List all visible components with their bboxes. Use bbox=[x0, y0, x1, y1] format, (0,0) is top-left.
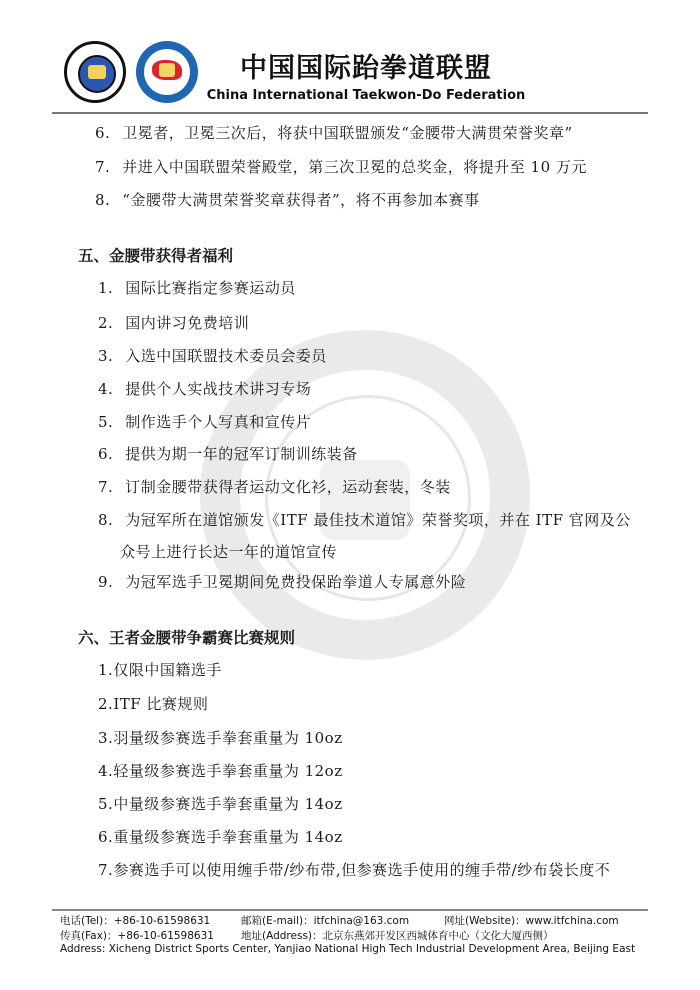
item-number: 7. bbox=[98, 861, 113, 879]
list-item: 6. 提供为期一年的冠军订制训练装备 bbox=[98, 443, 358, 464]
list-item: 3. 入选中国联盟技术委员会委员 bbox=[98, 345, 327, 366]
item-number: 7. bbox=[98, 478, 120, 496]
item-text: 羽量级参赛选手拳套重量为 10oz bbox=[113, 729, 342, 747]
section-heading: 六、王者金腰带争霸赛比赛规则 bbox=[78, 626, 295, 648]
list-item: 9. 为冠军选手卫冕期间免费投保跆拳道人专属意外险 bbox=[98, 571, 466, 592]
header-divider bbox=[52, 112, 648, 114]
item-number: 1. bbox=[98, 661, 113, 679]
item-number: 2. bbox=[98, 314, 120, 332]
footer-website: 网址(Website)：www.itfchina.com bbox=[444, 913, 619, 928]
footer-address-cn: 地址(Address)：北京东燕郊开发区西城体育中心（文化大厦西侧） bbox=[241, 928, 554, 943]
list-item-continuation: 众号上进行长达一年的道馆宣传 bbox=[120, 541, 337, 562]
item-text: 中量级参赛选手拳套重量为 14oz bbox=[113, 795, 342, 813]
item-number: 8. bbox=[95, 191, 117, 209]
list-item: 8. “金腰带大满贯荣誉奖章获得者”，将不再参加本赛事 bbox=[95, 189, 480, 210]
list-item: 5.中量级参赛选手拳套重量为 14oz bbox=[98, 793, 343, 814]
list-item: 1.仅限中国籍选手 bbox=[98, 659, 222, 680]
section-heading: 五、金腰带获得者福利 bbox=[78, 244, 233, 266]
item-number: 8. bbox=[98, 511, 120, 529]
item-text: “金腰带大满贯荣誉奖章获得者”，将不再参加本赛事 bbox=[122, 191, 479, 209]
item-text: 卫冕者，卫冕三次后，将获中国联盟颁发“金腰带大满贯荣誉奖章” bbox=[122, 124, 572, 142]
item-number: 9. bbox=[98, 573, 120, 591]
item-number: 6. bbox=[98, 828, 113, 846]
list-item: 3.羽量级参赛选手拳套重量为 10oz bbox=[98, 727, 343, 748]
item-text: 提供个人实战技术讲习专场 bbox=[125, 380, 311, 398]
footer-divider bbox=[52, 909, 648, 911]
item-text: 提供为期一年的冠军订制训练装备 bbox=[125, 445, 358, 463]
item-number: 6. bbox=[98, 445, 120, 463]
item-number: 4. bbox=[98, 380, 120, 398]
item-number: 4. bbox=[98, 762, 113, 780]
letterhead: 中国国际跆拳道联盟 China International Taekwon-Do… bbox=[0, 0, 700, 112]
china-federation-logo-icon bbox=[136, 41, 198, 103]
item-text: 国际比赛指定参赛运动员 bbox=[125, 279, 296, 297]
list-item: 2. 国内讲习免费培训 bbox=[98, 312, 249, 333]
item-number: 7. bbox=[95, 158, 117, 176]
list-item: 4. 提供个人实战技术讲习专场 bbox=[98, 378, 311, 399]
item-text: 轻量级参赛选手拳套重量为 12oz bbox=[113, 762, 342, 780]
footer-address-en: Address: Xicheng District Sports Center,… bbox=[60, 943, 635, 955]
list-item: 5. 制作选手个人写真和宣传片 bbox=[98, 411, 311, 432]
footer-tel: 电话(Tel)：+86-10-61598631 bbox=[60, 913, 210, 928]
list-item: 8. 为冠军所在道馆颁发《ITF 最佳技术道馆》荣誉奖项，并在 ITF 官网及公 bbox=[98, 509, 631, 530]
list-item: 2.ITF 比赛规则 bbox=[98, 693, 208, 714]
item-text: 制作选手个人写真和宣传片 bbox=[125, 413, 311, 431]
item-number: 1. bbox=[98, 279, 120, 297]
item-text: 国内讲习免费培训 bbox=[125, 314, 249, 332]
item-number: 5. bbox=[98, 795, 113, 813]
item-text: 仅限中国籍选手 bbox=[113, 661, 222, 679]
item-number: 3. bbox=[98, 729, 113, 747]
footer-email: 邮箱(E-mail)：itfchina@163.com bbox=[241, 913, 409, 928]
item-text: 订制金腰带获得者运动文化衫，运动套装，冬装 bbox=[125, 478, 451, 496]
fist-icon bbox=[159, 63, 175, 77]
fist-icon bbox=[88, 65, 106, 79]
org-title-chinese: 中国国际跆拳道联盟 bbox=[216, 46, 516, 85]
item-text: 为冠军选手卫冕期间免费投保跆拳道人专属意外险 bbox=[125, 573, 466, 591]
itf-logo-icon bbox=[64, 41, 126, 103]
org-title-english: China International Taekwon-Do Federatio… bbox=[206, 88, 526, 103]
list-item: 7. 订制金腰带获得者运动文化衫，运动套装，冬装 bbox=[98, 476, 451, 497]
list-item: 6. 卫冕者，卫冕三次后，将获中国联盟颁发“金腰带大满贯荣誉奖章” bbox=[95, 122, 573, 143]
list-item: 6.重量级参赛选手拳套重量为 14oz bbox=[98, 826, 343, 847]
list-item: 7. 并进入中国联盟荣誉殿堂，第三次卫冕的总奖金，将提升至 10 万元 bbox=[95, 156, 587, 177]
list-item: 7.参赛选手可以使用缠手带/纱布带,但参赛选手使用的缠手带/纱布袋长度不 bbox=[98, 859, 610, 880]
item-text: 并进入中国联盟荣誉殿堂，第三次卫冕的总奖金，将提升至 10 万元 bbox=[122, 158, 587, 176]
item-text: 重量级参赛选手拳套重量为 14oz bbox=[113, 828, 342, 846]
item-text: 参赛选手可以使用缠手带/纱布带,但参赛选手使用的缠手带/纱布袋长度不 bbox=[113, 861, 610, 879]
item-number: 5. bbox=[98, 413, 120, 431]
item-text: 为冠军所在道馆颁发《ITF 最佳技术道馆》荣誉奖项，并在 ITF 官网及公 bbox=[125, 511, 630, 529]
item-text: ITF 比赛规则 bbox=[113, 695, 208, 713]
list-item: 1. 国际比赛指定参赛运动员 bbox=[98, 277, 296, 298]
item-text: 入选中国联盟技术委员会委员 bbox=[125, 347, 327, 365]
list-item: 4.轻量级参赛选手拳套重量为 12oz bbox=[98, 760, 343, 781]
footer-fax: 传真(Fax)：+86-10-61598631 bbox=[60, 928, 214, 943]
item-number: 2. bbox=[98, 695, 113, 713]
item-number: 3. bbox=[98, 347, 120, 365]
item-number: 6. bbox=[95, 124, 117, 142]
